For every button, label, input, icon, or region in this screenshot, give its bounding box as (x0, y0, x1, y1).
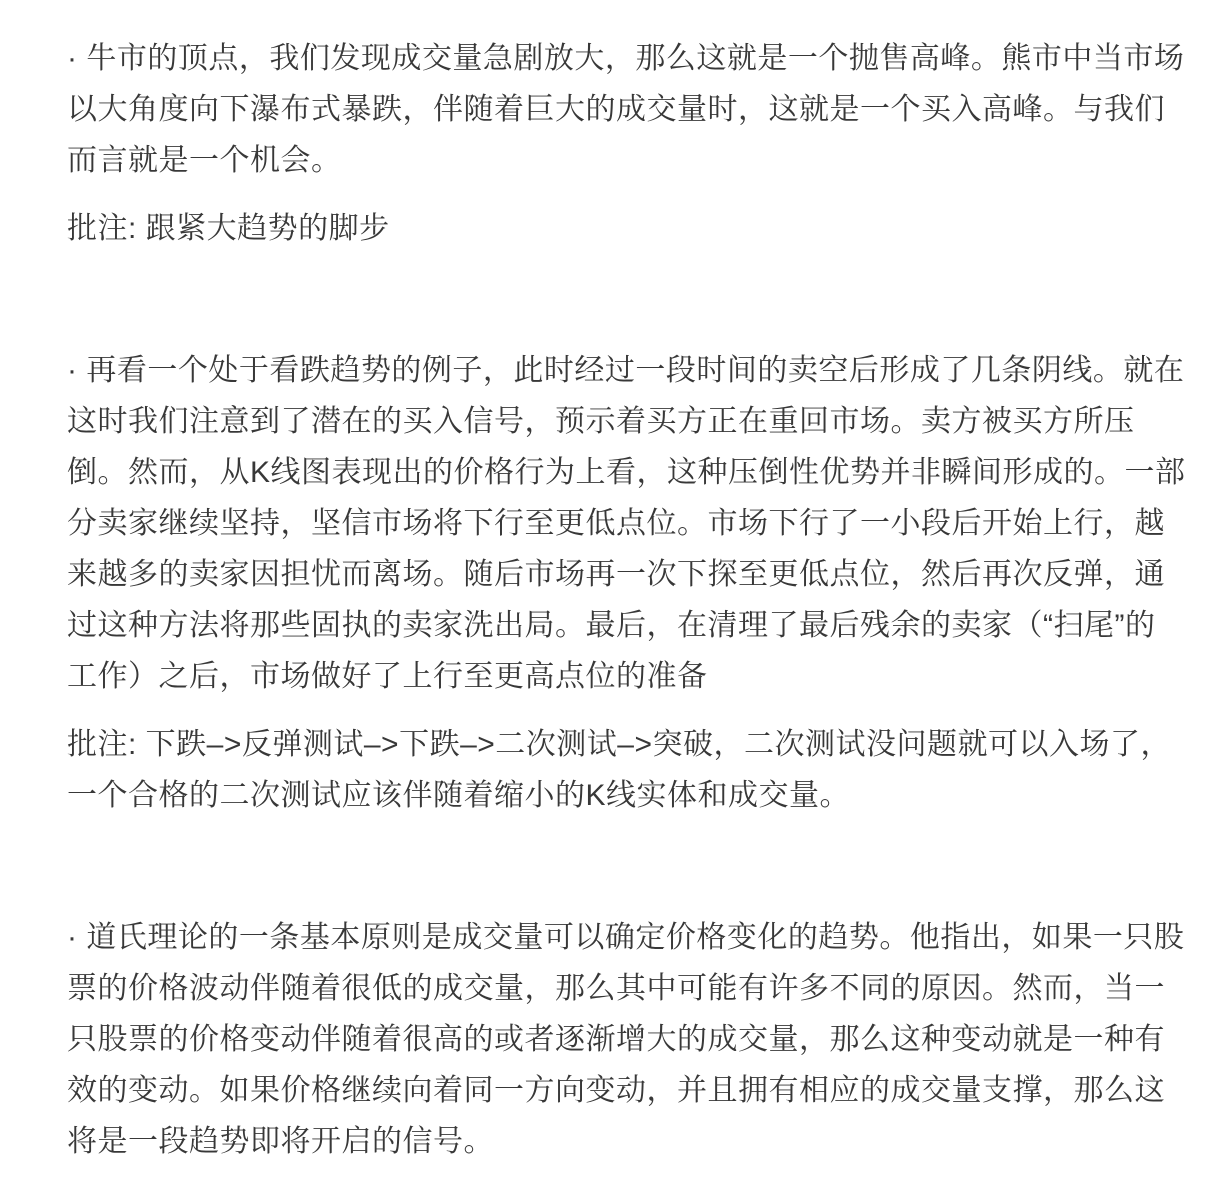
text-line: 效的变动。如果价格继续向着同一方向变动，并且拥有相应的成交量支撑，那么这 (67, 1065, 1184, 1116)
text-line: 过这种方法将那些固执的卖家洗出局。最后，在清理了最后残余的卖家（“扫尾”的 (67, 600, 1184, 651)
bullet-paragraph-2: · 再看一个处于看跌趋势的例子，此时经过一段时间的卖空后形成了几条阴线。就在 这… (67, 345, 1184, 702)
text-line: 只股票的价格变动伴随着很高的或者逐渐增大的成交量，那么这种变动就是一种有 (67, 1014, 1184, 1065)
text-line: 倒。然而，从K线图表现出的价格行为上看，这种压倒性优势并非瞬间形成的。一部 (67, 447, 1184, 498)
text-line: 这时我们注意到了潜在的买入信号，预示着买方正在重回市场。卖方被买方所压 (67, 396, 1184, 447)
text-line: 分卖家继续坚持，坚信市场将下行至更低点位。市场下行了一小段后开始上行，越 (67, 498, 1184, 549)
text-line: · 道氏理论的一条基本原则是成交量可以确定价格变化的趋势。他指出，如果一只股 (67, 912, 1184, 963)
bullet-paragraph-1: · 牛市的顶点，我们发现成交量急剧放大，那么这就是一个抛售高峰。熊市中当市场 以… (67, 33, 1184, 186)
text-line: 票的价格波动伴随着很低的成交量，那么其中可能有许多不同的原因。然而，当一 (67, 963, 1184, 1014)
annotation-1: 批注: 跟紧大趋势的脚步 (67, 203, 1184, 254)
page: { "page": { "background_color": "#ffffff… (0, 0, 1224, 1204)
text-line: 将是一段趋势即将开启的信号。 (67, 1116, 1184, 1167)
text-line: · 再看一个处于看跌趋势的例子，此时经过一段时间的卖空后形成了几条阴线。就在 (67, 345, 1184, 396)
text-line: 来越多的卖家因担忧而离场。随后市场再一次下探至更低点位，然后再次反弹，通 (67, 549, 1184, 600)
annotation-2: 批注: 下跌–>反弹测试–>下跌–>二次测试–>突破，二次测试没问题就可以入场了… (67, 719, 1184, 821)
text-line: 以大角度向下瀑布式暴跌，伴随着巨大的成交量时，这就是一个买入高峰。与我们 (67, 84, 1184, 135)
text-line: 而言就是一个机会。 (67, 135, 1184, 186)
text-line: · 牛市的顶点，我们发现成交量急剧放大，那么这就是一个抛售高峰。熊市中当市场 (67, 33, 1184, 84)
text-line: 工作）之后，市场做好了上行至更高点位的准备 (67, 651, 1184, 702)
annotation-line: 批注: 下跌–>反弹测试–>下跌–>二次测试–>突破，二次测试没问题就可以入场了… (67, 719, 1184, 770)
article-content: · 牛市的顶点，我们发现成交量急剧放大，那么这就是一个抛售高峰。熊市中当市场 以… (0, 0, 1224, 1167)
annotation-line: 批注: 跟紧大趋势的脚步 (67, 203, 1184, 254)
bullet-paragraph-3: · 道氏理论的一条基本原则是成交量可以确定价格变化的趋势。他指出，如果一只股 票… (67, 912, 1184, 1167)
annotation-line: 一个合格的二次测试应该伴随着缩小的K线实体和成交量。 (67, 770, 1184, 821)
